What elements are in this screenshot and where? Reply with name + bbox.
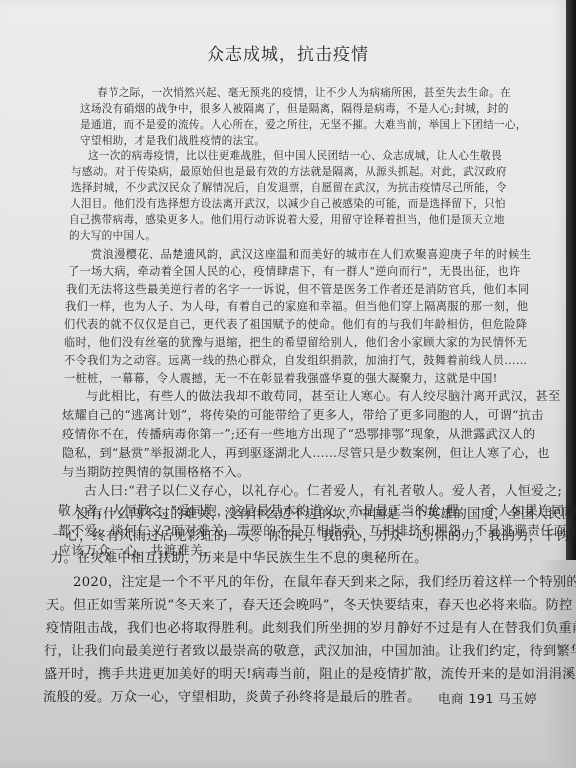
paragraph-1-line-2: 这场没有硝烟的战争中，很多人被隔离了，但是隔离，隔得是病毒，不是人心;封城，封的 — [80, 101, 509, 116]
paragraph-2-line-4: 人泪目。他们没有选择想方设法离开武汉，以减少自己被感染的可能，而是选择留下，只怕 — [70, 196, 506, 211]
paragraph-2-line-2: 与感动。对于传染病，最原始但也是最有效的方法就是隔离，从源头抓起。对此，武汉政府 — [71, 164, 507, 179]
paragraph-3-line-1: 赏浪漫樱花、品楚遗风韵，武汉这座温和而美好的城市在人们欢聚喜迎庚子年的时候生 — [91, 246, 531, 262]
paragraph-7-line-5: 盛开时，携手共进更加美好的明天!病毒当前，阻止的是疫情扩散，流传开来的是如涓涓溪 — [44, 663, 576, 682]
paragraph-3-line-6: 临时，他们没有丝毫的犹豫与退缩，把生的希望留给别人，他们舍小家顾大家的为民情怀无 — [64, 334, 528, 350]
document-title: 众志成城，抗击疫情 — [0, 40, 576, 65]
paragraph-3-line-4: 我们一样，也为人子、为人母，有着自己的家庭和幸福。但当他们穿上隔离服的那一刻，他 — [65, 298, 529, 314]
paragraph-3-line-2: 了一场大病，牵动着全国人民的心，疫情肆虐下，有一群人“逆向而行”，无畏出征，也许 — [68, 263, 521, 279]
paragraph-7-line-3: 疫情阻击战，我们也必将取得胜利。此刻我们所坐拥的岁月静好不过是有人在替我们负重前 — [46, 617, 576, 636]
paragraph-2-line-6: 的大写的中国人。 — [69, 228, 156, 243]
paragraph-3-line-8: 一桩桩，一幕幕，令人震撼，无一不在彰显着我强盛华夏的强大凝聚力，这就是中国! — [64, 370, 498, 386]
paragraph-7-line-2: 天。但正如雪莱所说“冬天来了，春天还会晚吗”，冬天快要结束，春天也必将来临。防控 — [46, 594, 573, 613]
paragraph-6-line-2: 一心，终有风雨过后见彩虹的一天。你的心，我的心，万众一心;你的力，我的力，千钧之 — [52, 525, 576, 544]
paragraph-7-line-1: 2020，注定是一个不平凡的年份，在鼠年春天到来之际，我们经历着这样一个特别的冬 — [73, 571, 576, 590]
paragraph-1-line-4: 守望相助，才是我们战胜疫情的法宝。 — [80, 133, 265, 148]
paragraph-4-line-4: 隐私，到“悬赏”举报湖北人，再到驱逐湖北人……尽管只是少数案例，但让人寒了心，也 — [62, 444, 550, 461]
paragraph-3-line-3: 我们无法将这些最美逆行者的名字一一诉说，但不管是医务工作者还是消防官兵，他们本同 — [66, 281, 530, 297]
paragraph-1-line-1: 春节之际，一次悄然兴起、毫无预兆的疫情，让不少人为病痛所困，甚至失去生命。在 — [97, 85, 511, 100]
paragraph-3-line-7: 不令我们为之动容。远离一线的热心群众，自发组织捐款，加油打气，鼓舞着前线人员…… — [64, 352, 528, 368]
author-signature: 电商 191 马玉婷 — [438, 689, 537, 707]
paragraph-3-line-5: 们代表的就不仅仅是自己，更代表了祖国赋予的使命。他们有的与我们年龄相仿，但危险降 — [64, 316, 528, 332]
paragraph-4-line-3: 疫情你不在，传播病毒你第一”;还有一些地方出现了“恐鄂排鄂”现象，从泄露武汉人的 — [62, 425, 536, 442]
paragraph-2-line-5: 自己携带病毒，感染更多人。他们用行动诉说着大爱，用留守诠释着担当，他们是顶天立地 — [69, 212, 505, 227]
paragraph-4-line-5: 与当期防控舆情的氛围格格不入。 — [62, 463, 249, 480]
paragraph-6-line-3: 力。在灾难中相互扶助，历来是中华民族生生不息的奥秘所在。 — [50, 547, 428, 566]
paragraph-6-line-1: 没有什么闯不过的难关，没有什么迈不过的坎，中国是一个英雄的国度，全国人民团结 — [76, 503, 576, 522]
paragraph-2-line-3: 选择封城，不少武汉民众了解情况后，自发退票，自愿留在武汉，为抗击疫情尽己所能，令 — [71, 180, 507, 195]
paragraph-7-line-4: 行，让我们向最美逆行者致以最崇高的敬意，武汉加油，中国加油。让我们约定，待到繁华 — [44, 640, 576, 659]
paragraph-5-line-1: 古人曰:“君子以仁义存心，以礼存心。仁者爱人，有礼者敬人。爱人者，人恒爱之; — [84, 480, 562, 499]
paragraph-2-line-1: 这一次的病毒疫情，比以往更难战胜，但中国人民团结一心、众志成城，让人心生敬畏 — [88, 148, 502, 163]
paragraph-7-line-6: 流般的爱。万众一心，守望相助，炎黄子孙终将是最后的胜者。 — [43, 686, 421, 705]
paragraph-4-line-2: 炫耀自己的“逃离计划”，将传染的可能带给了更多人，带给了更多同胞的人，可谓“抗击 — [62, 406, 544, 423]
paragraph-1-line-3: 是通道，而不是爱的流传。人心所在，爱之所往，无坚不摧。大难当前，举国上下团结一心… — [80, 117, 527, 132]
paragraph-4-line-1: 与此相比，有些人的做法我却不敢苟同，甚至让人寒心。有人绞尽脑汁离开武汉，甚至 — [86, 387, 561, 404]
